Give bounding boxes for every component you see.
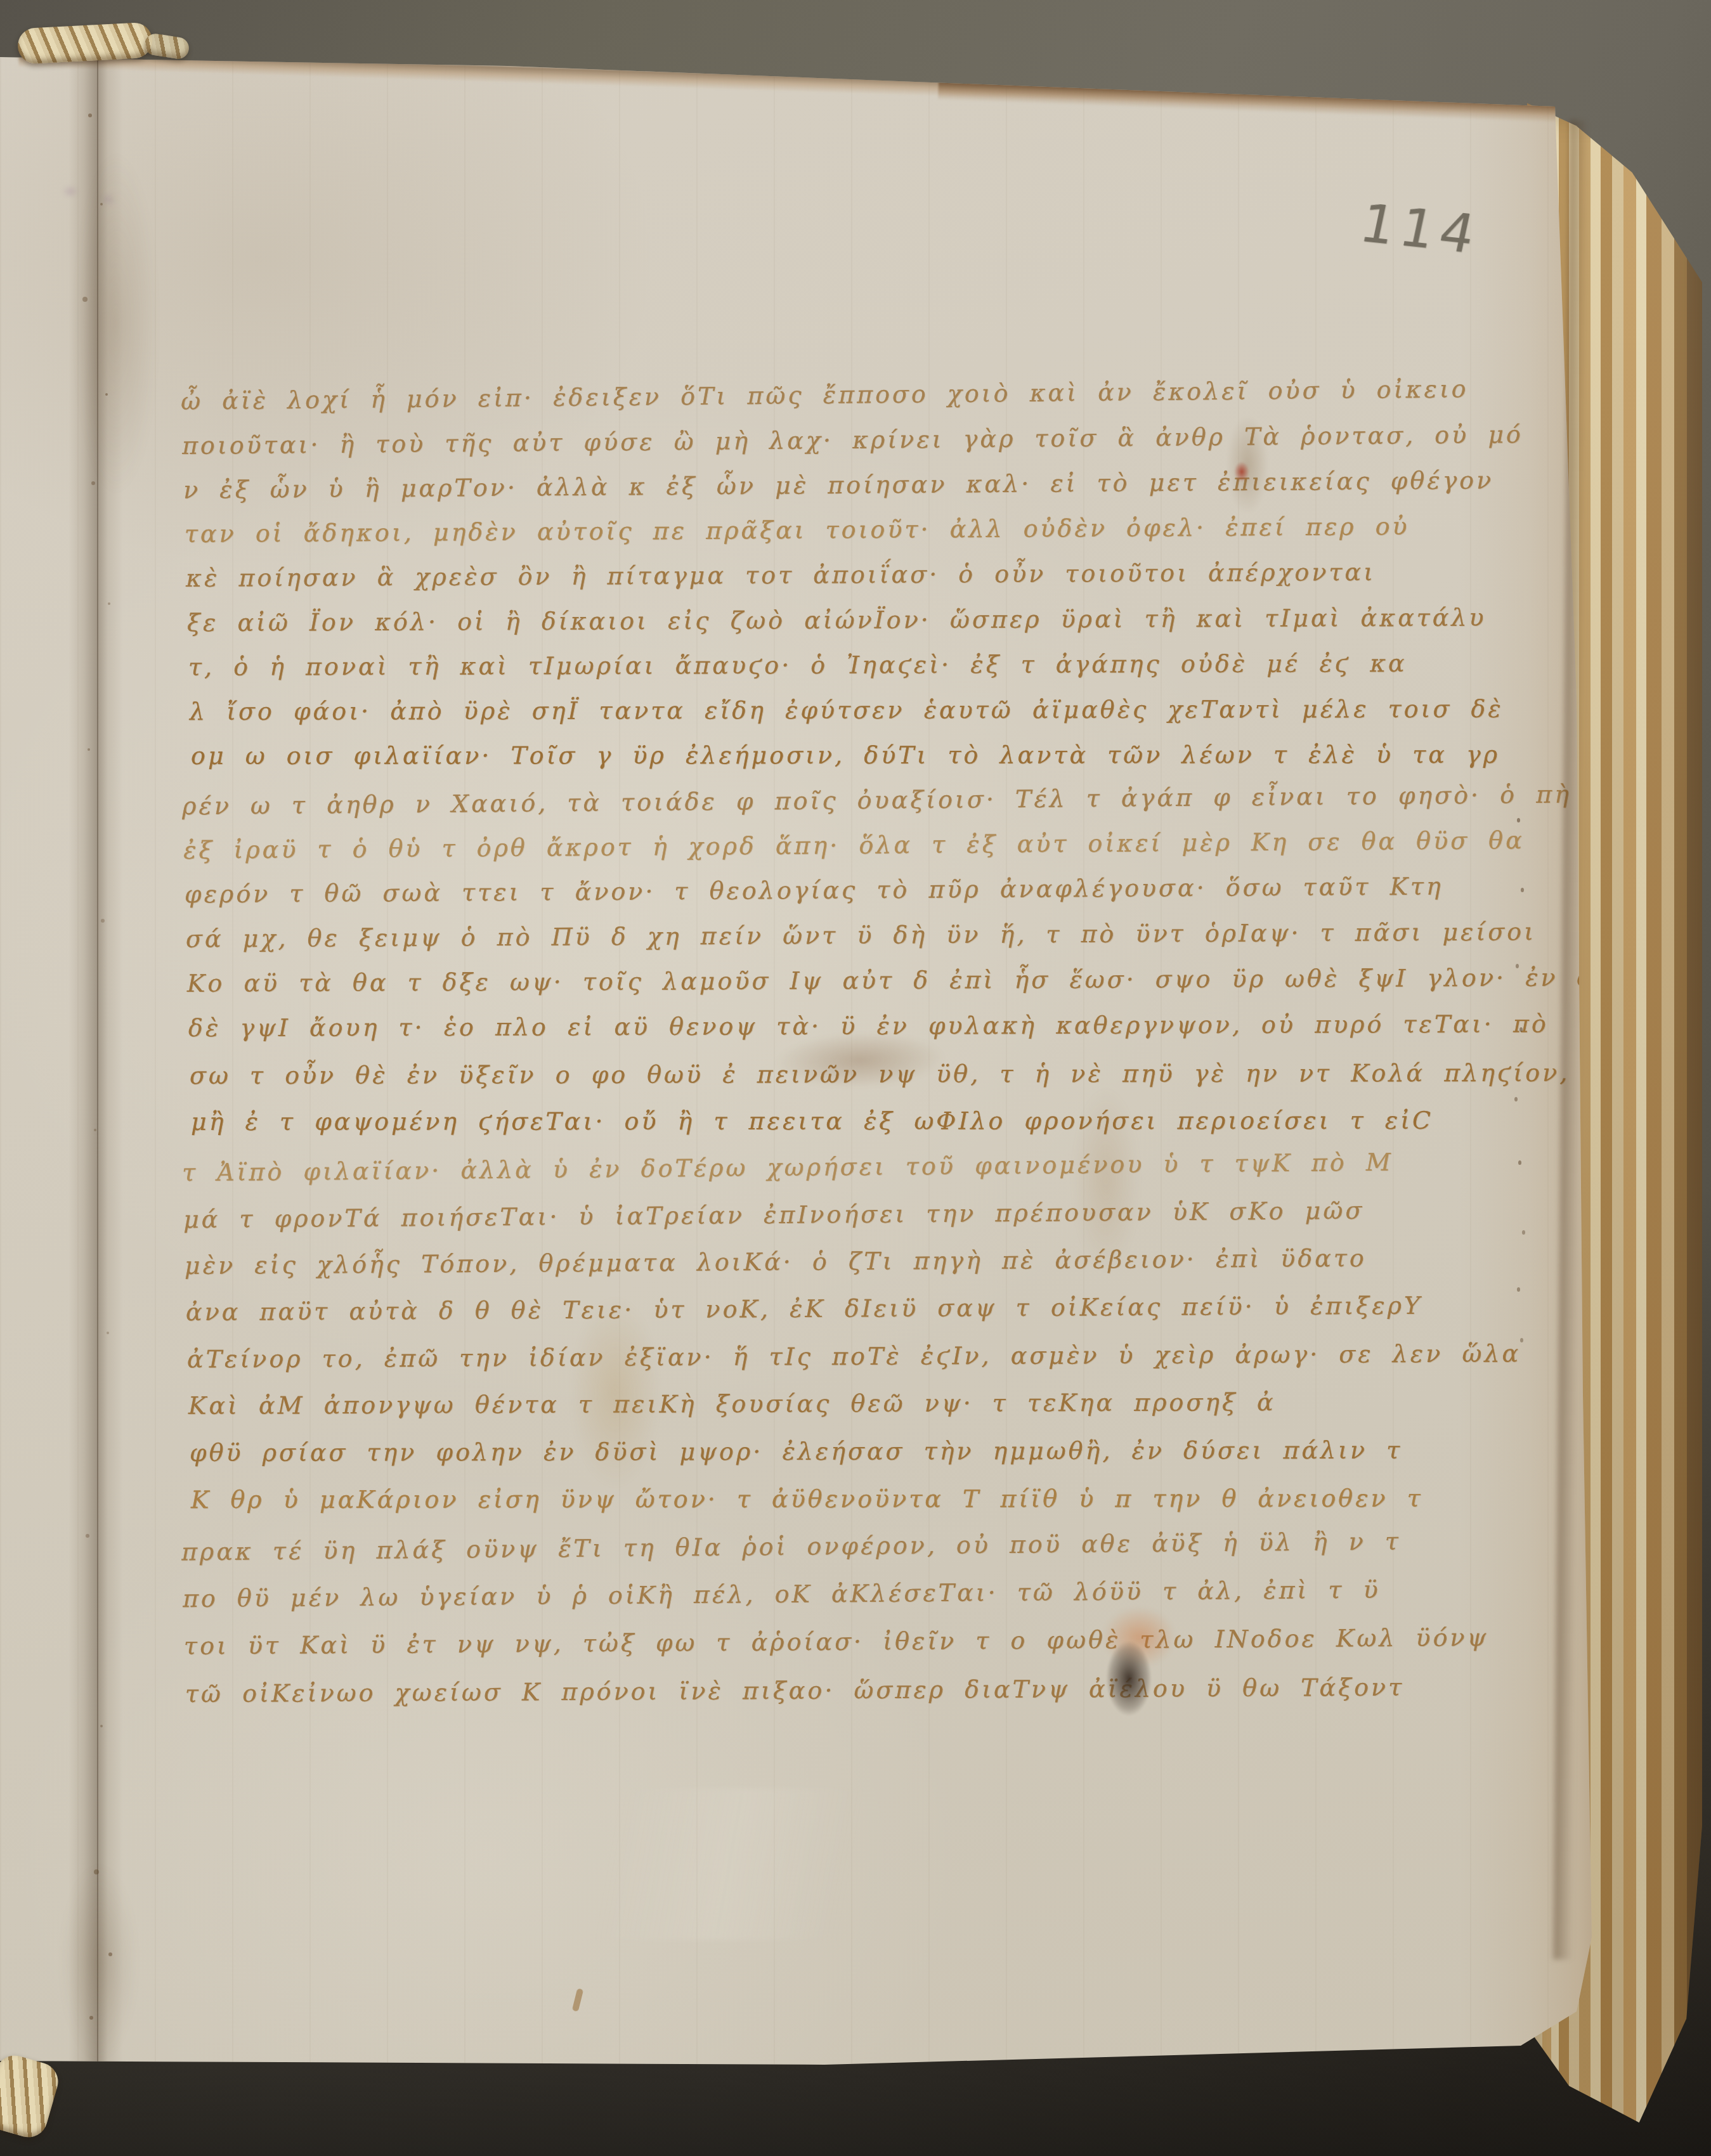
manuscript-line: φερόν τ θῶ σωὰ ττει τ ἄνον· τ θεολογίας … bbox=[185, 873, 1443, 909]
gutter-dirt-speckles bbox=[0, 0, 3, 3]
manuscript-line: πο θϋ μέν λω ὑγείαν ὑ ῥ οἱΚἢ πέλ, οΚ ἀΚλ… bbox=[183, 1576, 1381, 1613]
manuscript-line: λ ἴσο φάοι· ἀπὸ ϋρὲ σηΪ ταντα εἴδη ἐφύτσ… bbox=[190, 695, 1504, 725]
manuscript-line: ρέν ω τ ἀηθρ ν Χααιό, τὰ τοιάδε φ ποῖς ὀ… bbox=[182, 781, 1571, 821]
manuscript-line: μά τ φρονΤά ποιήσεΤαι· ὑ ἰαΤρείαν ἐπΙνοή… bbox=[183, 1197, 1365, 1233]
manuscript-line: δὲ γψΙ ἄουη τ· ἑο πλο εἰ αϋ θενοψ τὰ· ϋ … bbox=[188, 1010, 1549, 1042]
manuscript-line: τ, ὁ ἡ ποναὶ τἢ καὶ τΙμωρίαι ἄπαυϛο· ὁ Ἰ… bbox=[188, 649, 1407, 681]
photo-backdrop: 114 ὦ ἀϊὲ λοχί ἧ μόν εἰπ· ἐδειξεν ὅΤι πῶ… bbox=[0, 0, 1711, 2156]
manuscript-line: Κ θρ ὑ μαΚάριον εἰση ϋνψ ὤτον· τ ἀϋθενοϋ… bbox=[191, 1484, 1423, 1514]
manuscript-line: τ Ἀϊπὸ φιλαϊίαν· ἀλλὰ ὑ ἐν δοΤέρω χωρήσε… bbox=[182, 1148, 1393, 1187]
manuscript-line: ν ἐξ ὧν ὑ ἢ μαρΤον· ἀλλὰ κ ἐξ ὧν μὲ ποίη… bbox=[183, 466, 1494, 504]
pinprick-holes bbox=[1517, 818, 1520, 822]
spine-endband-bottom bbox=[0, 2051, 63, 2142]
parchment-page: 114 ὦ ἀϊὲ λοχί ἧ μόν εἰπ· ἐδειξεν ὅΤι πῶ… bbox=[0, 0, 1623, 2156]
manuscript-line: ἀΤείνορ το, ἐπῶ την ἰδίαν ἐξϊαν· ἥ τΙς π… bbox=[187, 1339, 1521, 1373]
manuscript-line: Κο αϋ τὰ θα τ δξε ωψ· τοῖς λαμοῦσ Ιψ αὐτ… bbox=[187, 963, 1632, 997]
manuscript-line: Καὶ ἀΜ ἀπονγψω θέντα τ πειΚὴ ξουσίας θεῶ… bbox=[188, 1388, 1276, 1420]
manuscript-line: τοι ϋτ Καὶ ϋ ἐτ νψ νψ, τὠξ φω τ ἀῥοίασ· … bbox=[184, 1623, 1489, 1660]
spine-endband-top bbox=[17, 22, 153, 64]
endband-frayed-threads bbox=[143, 32, 190, 61]
manuscript-line: ποιοῦται· ἢ τοὺ τῆς αὐτ φύσε ὢ μὴ λαχ· κ… bbox=[182, 420, 1523, 460]
manuscript-line: σω τ οὖν θὲ ἐν ϋξεῖν ο φο θωϋ ἐ πεινῶν ν… bbox=[190, 1059, 1606, 1090]
manuscript-line: σά μχ, θε ξειμψ ὁ πὸ Πϋ δ χη πείν ὥντ ϋ … bbox=[186, 918, 1536, 953]
manuscript-line: ὦ ἀϊὲ λοχί ἧ μόν εἰπ· ἐδειξεν ὅΤι πῶς ἔπ… bbox=[181, 375, 1469, 415]
manuscript-line: τῶ οἰΚεἰνωο χωείωσ Κ πρόνοι ϊνὲ πιξαο· ὥ… bbox=[185, 1673, 1404, 1708]
text-block: ὦ ἀϊὲ λοχί ἧ μόν εἰπ· ἐδειξεν ὅΤι πῶς ἔπ… bbox=[0, 0, 1623, 2156]
manuscript-line: ξε αἰῶ Ϊον κόλ· οἱ ἢ δίκαιοι εἰς ζωὸ αἰώ… bbox=[187, 604, 1487, 637]
manuscript-line: φθϋ ρσίασ την φολην ἐν δϋσὶ μψορ· ἐλεήσα… bbox=[190, 1436, 1402, 1467]
manuscript-line: πρακ τέ ϋη πλάξ οϋνψ ἔΤι τη θΙα ῥοἱ ονφέ… bbox=[181, 1528, 1401, 1566]
manuscript-line: μὲν εἰς χλόἧς Τόπον, θρέμματα λοιΚά· ὁ ζ… bbox=[185, 1244, 1367, 1280]
manuscript-line: ομ ω οισ φιλαϊίαν· Τοῖσ γ ϋρ ἐλεήμοσιν, … bbox=[191, 741, 1500, 770]
manuscript-line: ἐξ ἰραϋ τ ὁ θὑ τ ὀρθ ἄκροτ ἡ χορδ ἅπη· ὅ… bbox=[183, 826, 1525, 864]
manuscript-line: ταν οἱ ἄδηκοι, μηδὲν αὐτοῖς πε πρᾶξαι το… bbox=[185, 512, 1410, 548]
manuscript-line: μἢ ἐ τ φαψομένη ϛήσεΤαι· οὔ ἢ τ πεειτα ἐ… bbox=[191, 1107, 1433, 1136]
manuscript-line: κὲ ποίησαν ἃ χρεὲσ ὂν ἢ πίταγμα τοτ ἀποι… bbox=[186, 558, 1376, 592]
manuscript-line: ἀνα παϋτ αὐτὰ δ θ θὲ Τειε· ὑτ νοΚ, ἐΚ δΙ… bbox=[186, 1292, 1422, 1327]
